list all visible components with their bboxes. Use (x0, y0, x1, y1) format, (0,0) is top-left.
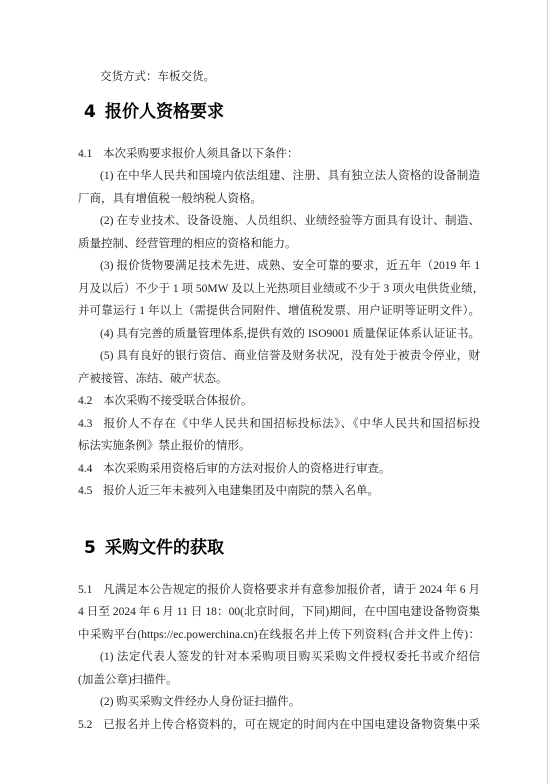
clause-number: 4.5 (78, 480, 103, 503)
text-line: (3) 报价货物要满足技术先进、成熟、安全可靠的要求，近五年（2019 年 1 (78, 255, 480, 278)
clause-text: 报价人不存在《中华人民共和国招标投标法》、《中华人民共和国招标投 (103, 418, 480, 430)
text-line: 并可靠运行 1 年以上（需提供合同附件、增值税发票、用户证明等证明文件）。 (78, 300, 480, 323)
text-line: (1) 法定代表人签发的针对本采购项目购买采购文件授权委托书或介绍信 (78, 646, 480, 669)
clause-number: 4.2 (78, 390, 103, 413)
text-line: (5) 具有良好的银行资信、商业信誉及财务状况，没有处于被责令停业，财 (78, 345, 480, 368)
text-line: (1) 在中华人民共和国境内依法组建、注册、具有独立法人资格的设备制造 (78, 165, 480, 188)
text-line: 4.4本次采购采用资格后审的方法对报价人的资格进行审查。 (78, 458, 480, 481)
clause-text: 报价人近三年未被列入电建集团及中南院的禁入名单。 (103, 485, 379, 497)
text-line: 4.2本次采购不接受联合体报价。 (78, 390, 480, 413)
section-title: 采购文件的获取 (105, 538, 224, 558)
clause-text: 凡满足本公告规定的报价人资格要求并有意参加报价者，请于 2024 年 6 月 (103, 584, 480, 596)
document-page: 交货方式：车板交货。4报价人资格要求4.1本次采购要求报价人须具备以下条件：(1… (0, 0, 555, 784)
text-line: 中采购平台(https://ec.powerchina.cn)在线报名并上传下列… (78, 624, 480, 647)
text-line: (2) 在专业技术、设备设施、人员组织、业绩经验等方面具有设计、制造、 (78, 210, 480, 233)
clause-number: 4.1 (78, 143, 103, 166)
document-content: 交货方式：车板交货。4报价人资格要求4.1本次采购要求报价人须具备以下条件：(1… (78, 0, 480, 736)
text-line: 4.1本次采购要求报价人须具备以下条件： (78, 143, 480, 166)
text-line: 产被接管、冻结、破产状态。 (78, 368, 480, 391)
text-line: 质量控制、经营管理的相应的资格和能力。 (78, 233, 480, 256)
section-number: 5 (84, 536, 105, 560)
clause-text: 本次采购采用资格后审的方法对报价人的资格进行审查。 (103, 463, 391, 475)
text-line: 5.1凡满足本公告规定的报价人资格要求并有意参加报价者，请于 2024 年 6 … (78, 579, 480, 602)
text-line: 4.5报价人近三年未被列入电建集团及中南院的禁入名单。 (78, 480, 480, 503)
text-line: 月及以后）不少于 1 项 50MW 及以上光热项目业绩或不少于 3 项火电供货业… (78, 278, 480, 301)
clause-number: 5.2 (78, 714, 103, 737)
clause-text: 本次采购要求报价人须具备以下条件： (103, 148, 299, 160)
clause-text: 已报名并上传合格资料的，可在规定的时间内在中国电建设备物资集中采 (103, 719, 480, 731)
clause-number: 4.3 (78, 413, 103, 436)
section-number: 4 (84, 100, 105, 124)
text-line: 厂商，具有增值税一般纳税人资格。 (78, 188, 480, 211)
text-line: (加盖公章)扫描件。 (78, 669, 480, 692)
text-line: 4.3报价人不存在《中华人民共和国招标投标法》、《中华人民共和国招标投 (78, 413, 480, 436)
section-heading: 4报价人资格要求 (78, 100, 480, 124)
text-line: 5.2已报名并上传合格资料的，可在规定的时间内在中国电建设备物资集中采 (78, 714, 480, 737)
clause-text: 本次采购不接受联合体报价。 (103, 395, 253, 407)
clause-number: 5.1 (78, 579, 103, 602)
page-right-edge-line (547, 0, 548, 784)
section-heading: 5采购文件的获取 (78, 536, 480, 560)
section-title: 报价人资格要求 (105, 102, 224, 122)
clause-number: 4.4 (78, 458, 103, 481)
text-line: (4) 具有完善的质量管理体系,提供有效的 ISO9001 质量保证体系认证证书… (78, 323, 480, 346)
text-line: 交货方式：车板交货。 (78, 66, 480, 89)
text-line: 4 日至 2024 年 6 月 11 日 18：00(北京时间，下同)期间，在中… (78, 601, 480, 624)
text-line: 标法实施条例》禁止报价的情形。 (78, 435, 480, 458)
text-line: (2) 购买采购文件经办人身份证扫描件。 (78, 691, 480, 714)
